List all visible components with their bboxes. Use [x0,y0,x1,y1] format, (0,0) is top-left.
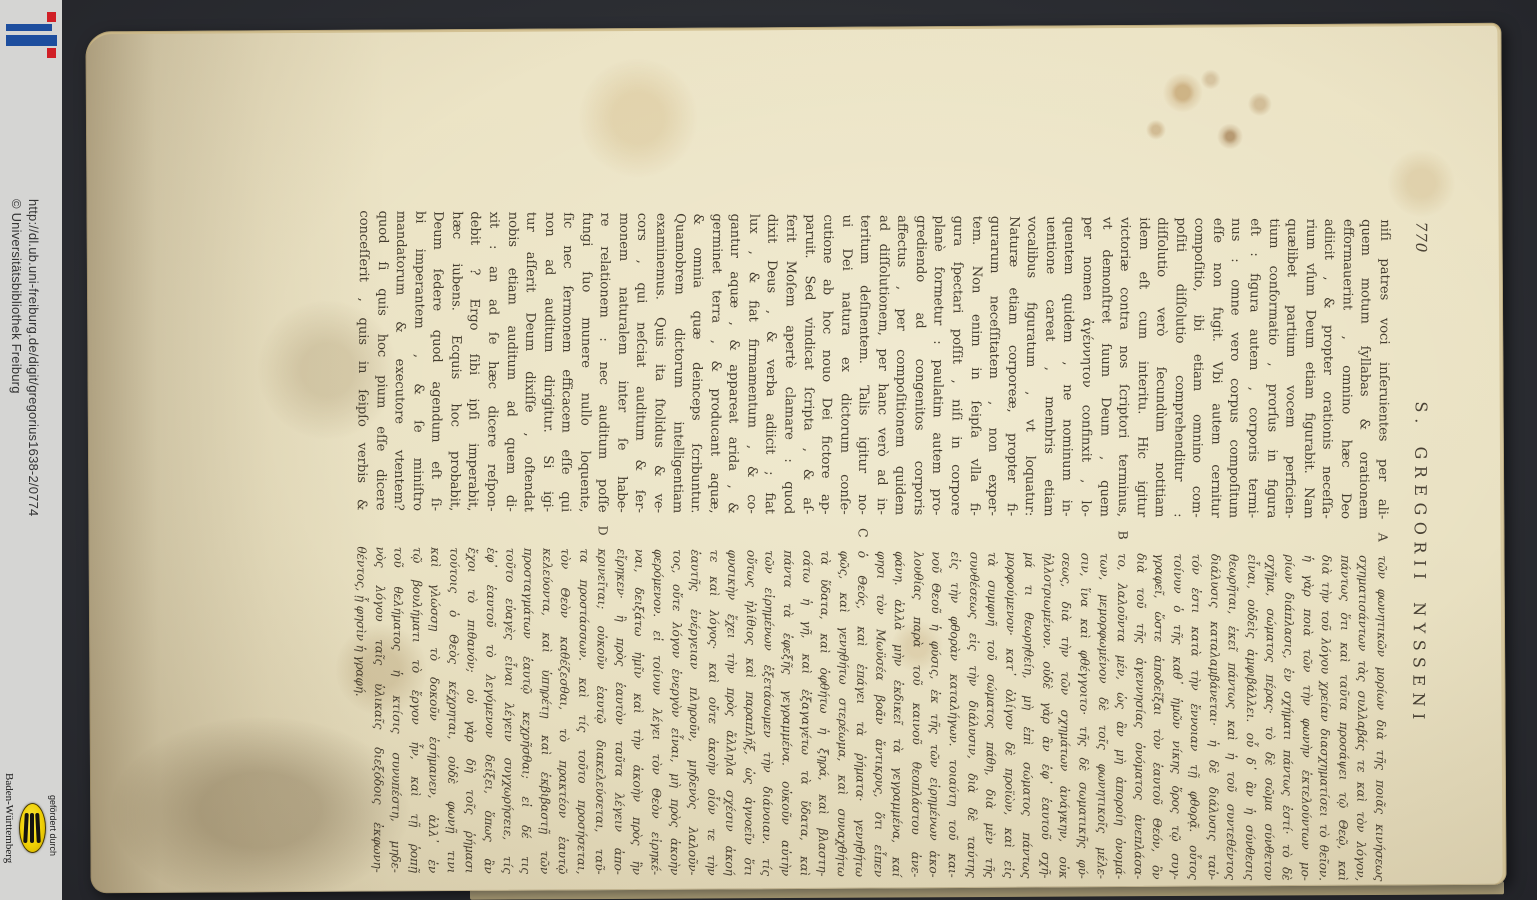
greek-line: ἐφ᾽ ἑαυτοῦ τὸ λεγόμενον δείξει, ὅπως ἂν [479,548,500,874]
latin-line: dixit Deus , & verba adiicit ; fiat [760,214,781,514]
latin-line: diſſolutio verò ſecundùm notitiam [1149,217,1170,517]
greek-line: μά τι θεωρηθείη, μὴ ἐπὶ σώματος πάντως [1017,552,1038,878]
latin-line: gantur aquæ , & appareat arida , & [723,214,744,514]
latin-line: teritum deſinentem. Talis igitur no- [852,215,873,515]
latin-line: rium vſum Deum etiam figurabit. Nam [1298,219,1319,519]
latin-line: cors , qui neſciat auditum & ſer- [630,213,651,513]
page-number: 770 [1412,222,1430,254]
greek-line: εἶναι, οὐδεὶς ἀμφιβάλλει. οὗ δ᾽ ἂν ἡ σύν… [1240,554,1261,880]
latin-line: lux , & fiat firmamentum , & co- [741,214,762,514]
greek-line: διὰ τὴν τοῦ λόγου χρείαν διασχηματίσει τ… [1314,555,1335,881]
greek-line: σχηματισάντων τὰς συλλαβάς τε καὶ τὸν λό… [1351,555,1372,881]
greek-line: τὰ συμφυῆ τοῦ σώματος πάθη, διὰ μὲν τῆς [980,552,1001,878]
latin-line: efformauerint , omnino hæc Deo [1335,219,1356,519]
margin-letter: B [1116,517,1131,553]
latin-line: victoriæ contra nos ſcriptori terminus, [1112,217,1133,517]
latin-line: & omnia quæ deinceps ſcribuntur. [685,213,706,513]
greek-line: εἴρηκεν· ἢ πρὸς ἑαυτὸν ταῦτα λέγειν ἀπο- [609,549,630,875]
greek-line: σεως, διὰ τὴν τῶν σχημάτων ἀνάγκην, οὐκ [1054,553,1075,879]
margin-letter: D [596,512,611,548]
greek-line: σχῆμα, σώματος πέρας· τὸ δὲ σῶμα σύνθετο… [1259,554,1280,880]
greek-line: σιν, ἵνα καὶ φθέγγοιτο· τῆς δὲ σωματικῆς… [1073,553,1094,879]
latin-line: Quamobrem dictorum intelligentiam [667,213,688,513]
margin-letter: C [856,515,871,551]
copyright-label: © Universitätsbibliothek Freiburg [9,199,24,394]
greek-line: ἡ γὰρ ποιὰ τῶν τὴν φωνὴν ἐκτελούντων μο- [1296,555,1317,881]
greek-line: τόν ἐστι κατὰ τὴν ἔννοιαν τῇ φθορᾷ. οὗτο… [1184,554,1205,880]
latin-line: planè formetur : paulatim autem pro- [927,215,948,515]
latin-line: fungi ſuo munere nullo loquente, [574,212,595,512]
latin-line: quælibet partium vocem perficien- [1279,218,1300,518]
latin-line: xit : an ad ſe hæc dicere reſpon- [481,212,502,512]
greek-line: τα προστάσσων. καὶ τίς τοῦτο προσήσεται, [572,548,593,874]
latin-line: monem naturalem inter ſe habe- [611,213,632,513]
greek-line: συνθέσεως εἰς τὴν διάλυσιν, διὰ δὲ ταύτη… [962,552,983,878]
greek-line: τοῦ θελήματος ἡ κτίσις συνυπέστη, μηδε- [386,547,407,873]
latin-line: quem motum ſyllabas & orationem [1354,219,1375,519]
greek-line: φυσικὴν ἔχει τὴν πρὸς ἄλληλα σχέσιν ἀκοή [720,550,741,876]
greek-line: γραφεῖ, ὥστε ἀποδεῖξαι τὸν ἑαυτοῦ Θεόν, … [1147,553,1168,879]
greek-line: καὶ γλώσσῃ τὸ δοκοῦν ἐσήμανεν, ἀλλ᾽ ἐν [423,547,444,873]
greek-line: κελεύοντα, καὶ ὑπηρέτῃ καὶ ἐκβιβαστῇ τῶν [535,548,556,874]
page-text-block: niſi patres voci inſeruientes per ali- A… [349,24,1396,900]
latin-line: ui Dei natura ex dictorum conſe- [834,215,855,515]
greek-line: προσταγμάτων ἑαυτῷ κεχρῆσθαι; εἰ δέ τις [516,548,537,874]
latin-line: eſſe non fugit. Vbi autem cernitur [1205,218,1226,518]
latin-line: vt demonſtret ſuum Deum , quem [1094,217,1115,517]
latin-line: tium conformatio , prorſus in figura [1261,218,1282,518]
latin-line: uentione careat , membris etiam [1038,216,1059,516]
greek-line: διὰ τοῦ τῆς ἀγεννησίας ὀνόματος ἀνεπλάσα… [1129,553,1150,879]
running-title: S. GREGORII NYSSENI [1408,284,1432,844]
latin-line: adiicit , & propter orationis neceſſa- [1317,219,1338,519]
latin-line: poſiti diſſolutio comprehenditur : [1168,217,1189,517]
greek-line: τῷ βουλήματι τὸ ἔργον ἦν, καὶ τῇ ῥοπῇ [405,547,426,873]
latin-line: Naturæ etiam corporeæ, propter fi- [1001,216,1022,516]
greek-line: τοίνυν ὁ τῆς καθ᾽ ἡμῶν νίκης ὅρος τῷ συγ… [1166,553,1187,879]
latin-line: grediendo ad congenitos corporis [908,215,929,515]
greek-line: φῶς, καὶ γενηθήτω στερέωμα, καὶ συναχθήτ… [832,551,853,877]
logo-red-square-top [47,12,56,22]
greek-line: ρίων διάπλασις, ἐν σχήματι πάντως ἐστί· … [1277,554,1298,880]
latin-line: germinet terra , & producant aquæ, [704,213,725,513]
latin-line: vocalibus figuratum , vt loquatur: [1020,216,1041,516]
greek-line: διάλυσις καταλαμβάνεται· ἡ δὲ διάλυσις τ… [1203,554,1224,880]
margin-letter: A [1375,519,1390,555]
greek-line: τὰ ὕδατα, καὶ ὀφθήτω ἡ ξηρά, καὶ βλαστη- [813,550,834,876]
greek-line: ναι, δειξάτω ἡμῖν καὶ τὴν ἀκοὴν πρὸς ἣν [628,549,649,875]
logo-red-square-bottom [47,48,56,58]
logo-blue-bar-short [6,24,52,31]
latin-line: hæc iubens. Ecquis hoc probabit, [444,211,465,511]
greek-line: κρινεῖται; οὐκοῦν ἑαυτῷ διακελεύσεται, τ… [590,548,611,874]
greek-line: τος, οὔτε λόγον ἐνεργὸν εἶναι, μὴ πρὸς ἀ… [665,549,686,875]
latin-line: paruit. Sed vindicat ſcripta , & aſ- [797,214,818,514]
greek-line: νοῦ Θεοῦ ἡ φύσις, ἐκ τῆς τῶν εἰρημένων ἀ… [925,551,946,877]
greek-line: μορφούμενον· κατ᾽ ὀλίγον δὲ προϊὼν, καὶ … [999,552,1020,878]
latin-line: gurarum neceſſitatem , non exper- [982,216,1003,516]
latin-line: tur aſſerit Deum dixiſſe , oſtendat [518,212,539,512]
greek-line: ὁ Θεός, καὶ ἐπάγει τὰ ῥήματα· γενηθήτω [850,551,871,877]
latin-line: re relationem : nec auditum poſſe [593,212,614,512]
greek-line: θέντος, ᾗ φησὶν ἡ γραφή. [349,546,370,872]
page-content-rotated: 770 S. GREGORII NYSSENI niſi patres voci… [70,22,1458,900]
greek-line: ἠλλοτριωμένον. οὐδὲ γὰρ ἂν ἐφ᾽ ἑαυτοῦ σχ… [1036,552,1057,878]
latin-line: Deum ſedere quod agendum eſt ſi- [426,211,447,511]
latin-line: nobis etiam auditum ad quem di- [500,212,521,512]
latin-line: quod ſi quis hoc pium eſſe dicere [370,211,391,511]
greek-line: το, λαλοῦντα μέν, ὡς ἂν μὴ ἀποροίη ὀνομά… [1110,553,1131,879]
greek-line: τῶν εἰρημένων ἐξετάσωμεν τὴν διάνοιαν. τ… [758,550,779,876]
scan-background: 770 S. GREGORII NYSSENI niſi patres voci… [0,0,1537,900]
latin-line: examinemus. Quis ita ſtolidus & ve- [648,213,669,513]
latin-line: ad diſſolutionem, per hanc verò ad in- [871,215,892,515]
latin-line: affectus , per compoſitionem quidem [890,215,911,515]
greek-line: των, μεμορφωμένον δὲ τοῖς φωνητικοῖς μέλ… [1092,553,1113,879]
latin-line: quentem quidem , ne nominum in- [1057,217,1078,517]
greek-line: θεωρῆται, ἐκεῖ πάντως καὶ ἡ τοῦ συντεθέν… [1222,554,1243,880]
document-url-label: http://dl.ub.uni-freiburg.de/digit/grego… [26,199,41,516]
greek-line: φερόμενον. εἰ τοίνυν λέγει τὸν Θεὸν εἰρη… [646,549,667,875]
latin-line: compoſitio, ibi etiam omnino com- [1187,218,1208,518]
latin-line: idem eſt cum interitu. Hic igitur [1131,217,1152,517]
latin-line: debit ? Ergo ſibi ipſi imperabit, [463,211,484,511]
logo-blue-bar-long [6,35,57,46]
page-header: 770 S. GREGORII NYSSENI [1388,33,1458,900]
baden-wuerttemberg-coat-of-arms-icon [19,803,46,853]
greek-line: σάτω ἡ γῆ, καὶ ἐξαγαγέτω τὰ ὕδατα, καὶ [795,550,816,876]
latin-line: gura ſpectari poſſit , niſi in corpore [945,216,966,516]
greek-line: τὸν Θεὸν καθέζεσθαι, τὸ πρακτέον ἑαυτῷ [553,548,574,874]
greek-line: οὕτως ἠλίθιος καὶ παραπλήξ, ὡς ἀγνοεῖν ὅ… [739,550,760,876]
greek-line: εἰς τὴν φθορὰν καταλήγων. τοιαύτη τοῦ κα… [943,552,964,878]
latin-line: nus : omne vero corpus compoſitum [1224,218,1245,518]
greek-line: τοῦτο εὐαγὲς εἶναι λέγειν συγχωρήσειε, τ… [498,548,519,874]
latin-line: conceſſerit , quis in ſeipſo verbis & [351,210,372,510]
greek-line: ἔχοι τὸ πιθανόν; οὐ γὰρ δὴ τοῖς ῥήμασι [461,547,482,873]
greek-line: πάντα τὰ ἐφεξῆς γεγραμμένα. οὐκοῦν αὐτὴν [776,550,797,876]
greek-line: φησι τὸν Μωϋσέα βοᾶν ἄντικρυς, ὅτι εἶπεν [869,551,890,877]
ub-freiburg-logo [0,0,62,70]
funding-region-label: Baden-Württemberg [3,773,15,863]
greek-line: πάντως ὅτι καὶ ταῦτα προσάψει τῷ Θεῷ, κα… [1333,555,1354,881]
latin-line: non ad auditum dirigitur. Si igi- [537,212,558,512]
latin-line: ſic nec ſermonem efficacem eſſe qui [555,212,576,512]
latin-line: per nomen ἀγέννητον confinxit , lo- [1075,217,1096,517]
latin-line: eſt : figura autem , corporis termi- [1242,218,1263,518]
greek-line: τούτοις ὁ Θεὸς κέχρηται, οὐδὲ φωνῇ τινι [442,547,463,873]
latin-line: tem. Non enim in ſeipſa vlla fi- [964,216,985,516]
latin-line: niſi patres voci inſeruientes per ali- [1372,219,1393,519]
latin-line: mandatorum & executore vtentem? [388,211,409,511]
latin-line: bi imperantem , & ſe miniſtro [407,211,428,511]
greek-line: φάνη. ἀλλὰ μὴν ἐκδικεῖ τὰ γεγραμμένα, κα… [887,551,908,877]
greek-line: νὸς λόγου ταῖς ὑλικαῖς διεξόδοις ἐκφωνη- [368,547,389,873]
sidebar: http://dl.ub.uni-freiburg.de/digit/grego… [0,0,62,900]
latin-line: cutione ab hoc nouo Dei fictore ap- [815,214,836,514]
greek-line: τε καὶ λόγος· καὶ οὔτε ἀκοὴν οἷόν τε τὴν [702,549,723,875]
funding-label: gefördert durch [48,795,58,856]
greek-line: ἑαυτῆς ἐνέργειαν πληροῦν, μηδενὸς λαλοῦν… [683,549,704,875]
greek-line: λουθίας παρὰ τοῦ καινοῦ θεοπλάστου ἀνε- [906,551,927,877]
latin-line: ferit Moſem apertè clamare : quod [778,214,799,514]
